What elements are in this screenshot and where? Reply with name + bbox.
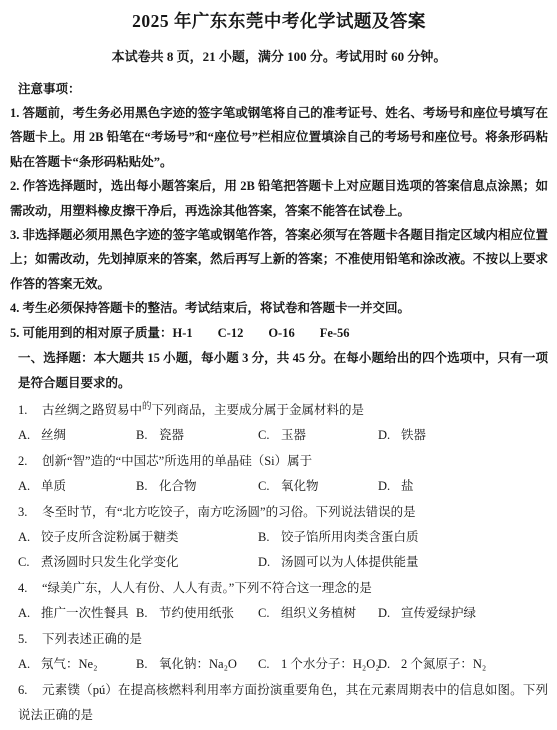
option-label: A. bbox=[18, 525, 34, 550]
question-text-part: 冬至时节，有“北方吃饺子，南方吃汤圆”的习俗。下列说法错误的是 bbox=[42, 505, 416, 519]
option-C: C.1 个水分子：H₂O₂ bbox=[258, 652, 378, 677]
option-text: 饺子皮所含淀粉属于糖类 bbox=[41, 530, 179, 544]
option-text: 组织义务植树 bbox=[281, 606, 356, 620]
notice-item-3: 3. 非选择题必须用黑色字迹的签字笔或钢笔作答，答案必须写在答题卡各题目指定区域… bbox=[10, 223, 548, 296]
notice-item-5: 5. 可能用到的相对原子质量：H-1 C-12 O-16 Fe-56 bbox=[10, 321, 548, 345]
question: 3.冬至时节，有“北方吃饺子，南方吃汤圆”的习俗。下列说法错误的是 A.饺子皮所… bbox=[10, 500, 548, 575]
option-text: 宣传爱绿护绿 bbox=[401, 606, 476, 620]
page-title: 2025 年广东东莞中考化学试题及答案 bbox=[10, 8, 548, 33]
question-list: 1.古丝绸之路贸易中的下列商品，主要成分属于金属材料的是 A.丝绸B.瓷器C.玉… bbox=[10, 398, 548, 728]
option-C: C.玉器 bbox=[258, 423, 378, 448]
option-text: 玉器 bbox=[281, 428, 306, 442]
option-text: 化合物 bbox=[159, 479, 197, 493]
exam-info-line: 本试卷共 8 页，21 小题，满分 100 分。考试用时 60 分钟。 bbox=[10, 46, 548, 65]
option-label: A. bbox=[18, 423, 34, 448]
option-label: C. bbox=[258, 652, 274, 677]
option-text: 丝绸 bbox=[41, 428, 66, 442]
option-D: D.宣传爱绿护绿 bbox=[378, 601, 548, 626]
question-body: 古丝绸之路贸易中的下列商品，主要成分属于金属材料的是 bbox=[42, 403, 364, 417]
option-D: D.汤圆可以为人体提供能量 bbox=[258, 550, 548, 575]
option-label: A. bbox=[18, 474, 34, 499]
question-body: 下列表述正确的是 bbox=[42, 632, 142, 646]
option-C: C.组织义务植树 bbox=[258, 601, 378, 626]
option-text: 瓷器 bbox=[159, 428, 184, 442]
option-label: D. bbox=[378, 423, 394, 448]
question-body: 创新“智”造的“中国芯”所选用的单晶硅（Si）属于 bbox=[42, 454, 312, 468]
option-label: D. bbox=[378, 601, 394, 626]
question: 1.古丝绸之路贸易中的下列商品，主要成分属于金属材料的是 A.丝绸B.瓷器C.玉… bbox=[10, 398, 548, 448]
question-superscript-text: 的 bbox=[142, 402, 152, 412]
option-label: B. bbox=[136, 601, 152, 626]
question: 6.元素镤（pú）在提高核燃料利用率方面扮演重要角色，其在元素周期表中的信息如图… bbox=[10, 678, 548, 728]
option-B: B.氧化钠：Na₂O bbox=[136, 652, 258, 677]
question-text: 1.古丝绸之路贸易中的下列商品，主要成分属于金属材料的是 bbox=[18, 398, 548, 423]
option-C: C.煮汤圆时只发生化学变化 bbox=[18, 550, 258, 575]
question-number: 5. bbox=[18, 627, 35, 652]
notice-heading: 注意事项： bbox=[18, 77, 548, 101]
question-text-part: 下列表述正确的是 bbox=[42, 632, 142, 646]
option-label: B. bbox=[136, 474, 152, 499]
notice-item-2: 2. 作答选择题时，选出每小题答案后，用 2B 铅笔把答题卡上对应题目选项的答案… bbox=[10, 174, 548, 223]
notice-item-4: 4. 考生必须保持答题卡的整洁。考试结束后，将试卷和答题卡一并交回。 bbox=[10, 296, 548, 320]
option-label: C. bbox=[258, 601, 274, 626]
question: 5.下列表述正确的是 A.氖气：Ne₂B.氧化钠：Na₂OC.1 个水分子：H₂… bbox=[10, 627, 548, 677]
question-text: 5.下列表述正确的是 bbox=[18, 627, 548, 652]
option-B: B.饺子馅所用肉类含蛋白质 bbox=[258, 525, 548, 550]
option-A: A.推广一次性餐具 bbox=[18, 601, 136, 626]
option-B: B.节约使用纸张 bbox=[136, 601, 258, 626]
question-text: 3.冬至时节，有“北方吃饺子，南方吃汤圆”的习俗。下列说法错误的是 bbox=[18, 500, 548, 525]
question-text: 4.“绿美广东，人人有份、人人有责。”下列不符合这一理念的是 bbox=[18, 576, 548, 601]
option-D: D.2 个氮原子：N₂ bbox=[378, 652, 548, 677]
question-body: “绿美广东，人人有份、人人有责。”下列不符合这一理念的是 bbox=[42, 581, 372, 595]
option-text: 1 个水分子：H₂O₂ bbox=[281, 657, 380, 671]
question-body: 元素镤（pú）在提高核燃料利用率方面扮演重要角色，其在元素周期表中的信息如图。下… bbox=[18, 683, 548, 722]
option-text: 盐 bbox=[401, 479, 414, 493]
option-row: A.饺子皮所含淀粉属于糖类B.饺子馅所用肉类含蛋白质C.煮汤圆时只发生化学变化D… bbox=[18, 525, 548, 575]
question-number: 2. bbox=[18, 449, 35, 474]
question-text-part: 下列商品，主要成分属于金属材料的是 bbox=[152, 403, 365, 417]
option-label: D. bbox=[378, 652, 394, 677]
option-label: C. bbox=[258, 474, 274, 499]
option-A: A.氖气：Ne₂ bbox=[18, 652, 136, 677]
option-text: 推广一次性餐具 bbox=[41, 606, 129, 620]
question-text: 2.创新“智”造的“中国芯”所选用的单晶硅（Si）属于 bbox=[18, 449, 548, 474]
option-text: 煮汤圆时只发生化学变化 bbox=[41, 555, 179, 569]
question-text-part: 元素镤（pú）在提高核燃料利用率方面扮演重要角色，其在元素周期表中的信息如图。下… bbox=[18, 683, 548, 722]
question-body: 冬至时节，有“北方吃饺子，南方吃汤圆”的习俗。下列说法错误的是 bbox=[42, 505, 416, 519]
option-C: C.氧化物 bbox=[258, 474, 378, 499]
question-number: 1. bbox=[18, 398, 35, 423]
notice-item-1: 1. 答题前，考生务必用黑色字迹的签字笔或钢笔将自己的准考证号、姓名、考场号和座… bbox=[10, 101, 548, 174]
option-text: 氧化物 bbox=[281, 479, 319, 493]
exam-page: 2025 年广东东莞中考化学试题及答案 本试卷共 8 页，21 小题，满分 10… bbox=[0, 0, 557, 728]
section-header: 一、选择题：本大题共 15 小题，每小题 3 分，共 45 分。在每小题给出的四… bbox=[18, 346, 548, 396]
option-A: A.丝绸 bbox=[18, 423, 136, 448]
option-D: D.铁器 bbox=[378, 423, 548, 448]
option-D: D.盐 bbox=[378, 474, 548, 499]
option-text: 汤圆可以为人体提供能量 bbox=[281, 555, 419, 569]
option-text: 2 个氮原子：N₂ bbox=[401, 657, 486, 671]
option-text: 单质 bbox=[41, 479, 66, 493]
option-text: 节约使用纸张 bbox=[159, 606, 234, 620]
option-row: A.推广一次性餐具B.节约使用纸张C.组织义务植树D.宣传爱绿护绿 bbox=[18, 601, 548, 626]
option-label: D. bbox=[258, 550, 274, 575]
option-A: A.饺子皮所含淀粉属于糖类 bbox=[18, 525, 258, 550]
option-label: A. bbox=[18, 652, 34, 677]
option-B: B.瓷器 bbox=[136, 423, 258, 448]
option-row: A.氖气：Ne₂B.氧化钠：Na₂OC.1 个水分子：H₂O₂D.2 个氮原子：… bbox=[18, 652, 548, 677]
option-A: A.单质 bbox=[18, 474, 136, 499]
option-label: A. bbox=[18, 601, 34, 626]
option-label: C. bbox=[258, 423, 274, 448]
question: 4.“绿美广东，人人有份、人人有责。”下列不符合这一理念的是 A.推广一次性餐具… bbox=[10, 576, 548, 626]
option-B: B.化合物 bbox=[136, 474, 258, 499]
option-label: D. bbox=[378, 474, 394, 499]
option-text: 氧化钠：Na₂O bbox=[159, 657, 237, 671]
option-text: 铁器 bbox=[401, 428, 426, 442]
question-text-part: 创新“智”造的“中国芯”所选用的单晶硅（Si）属于 bbox=[42, 454, 312, 468]
question-number: 4. bbox=[18, 576, 35, 601]
option-label: B. bbox=[258, 525, 274, 550]
option-row: A.丝绸B.瓷器C.玉器D.铁器 bbox=[18, 423, 548, 448]
option-text: 饺子馅所用肉类含蛋白质 bbox=[281, 530, 419, 544]
question: 2.创新“智”造的“中国芯”所选用的单晶硅（Si）属于 A.单质B.化合物C.氧… bbox=[10, 449, 548, 499]
question-text: 6.元素镤（pú）在提高核燃料利用率方面扮演重要角色，其在元素周期表中的信息如图… bbox=[18, 678, 548, 728]
question-text-part: “绿美广东，人人有份、人人有责。”下列不符合这一理念的是 bbox=[42, 581, 372, 595]
option-label: C. bbox=[18, 550, 34, 575]
question-number: 3. bbox=[18, 500, 35, 525]
option-text: 氖气：Ne₂ bbox=[41, 657, 97, 671]
question-text-part: 古丝绸之路贸易中 bbox=[42, 403, 142, 417]
option-label: B. bbox=[136, 423, 152, 448]
option-label: B. bbox=[136, 652, 152, 677]
option-row: A.单质B.化合物C.氧化物D.盐 bbox=[18, 474, 548, 499]
question-number: 6. bbox=[18, 678, 35, 703]
